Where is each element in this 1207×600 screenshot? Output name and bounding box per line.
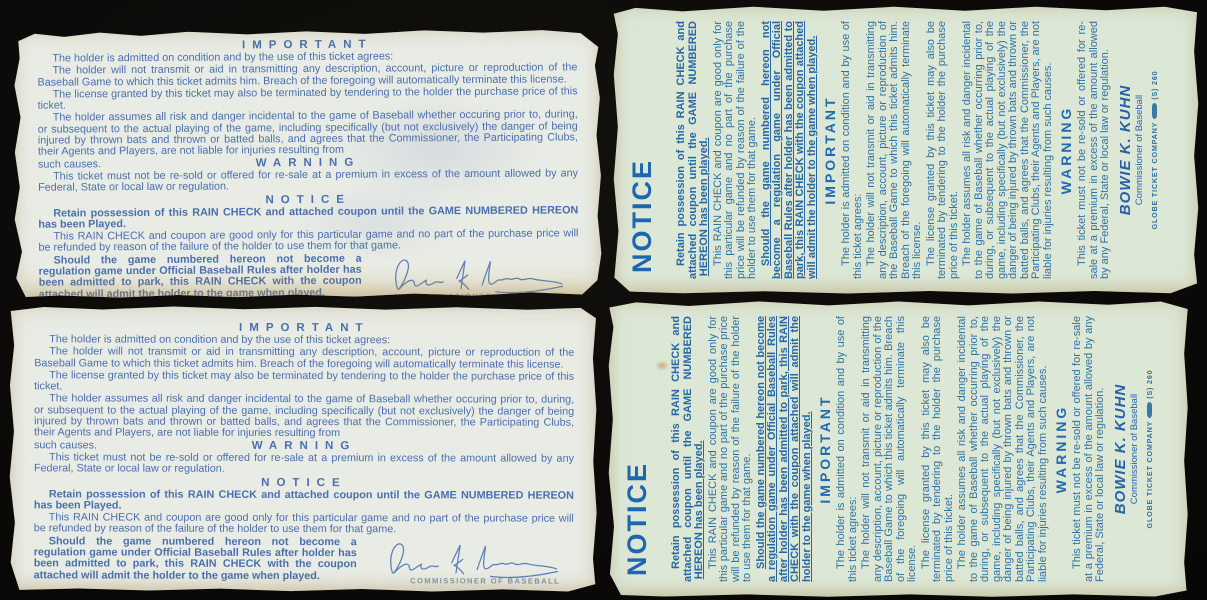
warning-heading: WARNING [1058, 21, 1074, 279]
important-heading: IMPORTANT [817, 316, 833, 582]
ticket-back-bottom-right: NOTICE Retain possession of this RAIN CH… [607, 300, 1190, 598]
regulation-clause-text: Should the game numbered hereon not beco… [39, 252, 362, 299]
signer-name: BOWIE K. KUHN [1118, 21, 1134, 279]
license-clause: The license granted by this ticket may a… [926, 21, 961, 279]
risk-clause-tail: such causes. [34, 440, 97, 451]
globe-ticket-logo-icon [1152, 103, 1157, 119]
transmit-clause: The holder will not transmit or aid in t… [37, 63, 577, 89]
signer-title: Commissioner of Baseball [1134, 21, 1145, 279]
good-only-clause: This RAIN CHECK and coupon are good only… [38, 228, 578, 254]
regulation-clause-text: Should the game numbered hereon not beco… [34, 535, 357, 582]
warning-text: This ticket must not be re-sold or offer… [38, 168, 578, 194]
license-clause: The license granted by this ticket may a… [34, 370, 574, 394]
good-only-clause: This RAIN CHECK and coupon are good only… [34, 512, 574, 536]
printer-line: GLOBE TICKET COMPANY(S) 260 [1149, 21, 1161, 279]
regulation-clause: COMMISSIONER OF BASEBALL Should the game… [34, 536, 574, 583]
notice-heading: NOTICE [623, 316, 651, 576]
risk-clause: The holder assumes all risk and danger i… [38, 110, 578, 158]
signer-name: BOWIE K. KUHN [1113, 316, 1129, 582]
risk-clause-tail: such causes. [38, 159, 101, 171]
license-clause: The license granted by this ticket may a… [921, 316, 956, 582]
ticket-back-top-right: NOTICE Retain possession of this RAIN CH… [612, 5, 1200, 295]
retain-clause: Retain possession of this RAIN CHECK and… [671, 316, 706, 582]
signer-block: BOWIE K. KUHN Commissioner of Baseball [1113, 316, 1140, 582]
good-only-clause: This RAIN CHECK and coupon are good only… [713, 21, 759, 279]
retain-clause: Retain possession of this RAIN CHECK and… [34, 489, 574, 513]
regulation-clause: COMMISSIONER OF BASEBALL Should the game… [39, 252, 579, 300]
retain-clause-lead: Retain possession of this RAIN CHECK and… [670, 316, 694, 582]
ticket-back-bottom-left: IMPORTANT The holder is admitted on cond… [8, 305, 599, 593]
rotated-ticket-content: NOTICE Retain possession of this RAIN CH… [612, 5, 1200, 295]
signature-block: COMMISSIONER OF BASEBALL [374, 252, 579, 300]
risk-clause: The holder assumes all risk and danger i… [962, 21, 1054, 279]
notice-heading: NOTICE [34, 476, 574, 489]
printer-code: (S) 260 [1145, 370, 1154, 399]
regulation-clause: Should the game numbered hereon not beco… [756, 316, 814, 582]
warning-text: This ticket must not be re-sold or offer… [34, 452, 574, 476]
transmit-clause: The holder will not transmit or aid in t… [34, 347, 574, 371]
retain-clause-tail: HEREON has been played. [693, 440, 705, 579]
retain-clause: Retain possession of this RAIN CHECK and… [676, 21, 711, 279]
intro-clause: The holder is admitted on condition and … [841, 21, 864, 279]
intro-clause: The holder is admitted on condition and … [836, 316, 859, 582]
signer-title: Commissioner of Baseball [1129, 316, 1140, 582]
rotated-ticket-content: NOTICE Retain possession of this RAIN CH… [607, 300, 1190, 598]
ticket-back-top-left: IMPORTANT The holder is admitted on cond… [11, 28, 603, 300]
warning-heading-row: such causes. WARNING [34, 440, 574, 453]
photo-background: IMPORTANT The holder is admitted on cond… [0, 0, 1207, 600]
warning-text: This ticket must not be re-sold or offer… [1072, 316, 1107, 582]
transmit-clause: The holder will not transmit or aid in t… [861, 316, 919, 582]
commissioner-of-baseball-label: COMMISSIONER OF BASEBALL [369, 575, 574, 587]
transmit-clause: The holder will not transmit or aid in t… [866, 21, 924, 279]
printer-line: GLOBE TICKET COMPANY(S) 260 [1144, 316, 1156, 582]
globe-ticket-logo-icon [1147, 402, 1152, 418]
printer-code: (S) 260 [1150, 71, 1159, 100]
retain-clause: Retain possession of this RAIN CHECK and… [38, 205, 578, 231]
license-clause: The license granted by this ticket may a… [38, 86, 578, 112]
notice-heading: NOTICE [628, 21, 656, 273]
important-heading: IMPORTANT [822, 21, 838, 279]
warning-heading: WARNING [34, 440, 574, 453]
risk-clause: The holder assumes all risk and danger i… [957, 316, 1049, 582]
risk-clause: The holder assumes all risk and danger i… [34, 394, 574, 441]
good-only-clause: This RAIN CHECK and coupon are good only… [708, 316, 754, 582]
commissioner-of-baseball-label: COMMISSIONER OF BASEBALL [374, 290, 579, 300]
printer-name: GLOBE TICKET COMPANY [1145, 421, 1154, 529]
warning-heading: WARNING [1053, 316, 1069, 582]
printer-name: GLOBE TICKET COMPANY [1150, 122, 1159, 230]
signature-block: COMMISSIONER OF BASEBALL [369, 537, 574, 587]
regulation-clause: Should the game numbered hereon not beco… [761, 21, 819, 279]
warning-text: This ticket must not be re-sold or offer… [1077, 21, 1112, 279]
signer-block: BOWIE K. KUHN Commissioner of Baseball [1118, 21, 1145, 279]
retain-clause-lead: Retain possession of this RAIN CHECK and… [675, 21, 699, 279]
retain-clause-tail: HEREON has been played. [698, 137, 710, 276]
